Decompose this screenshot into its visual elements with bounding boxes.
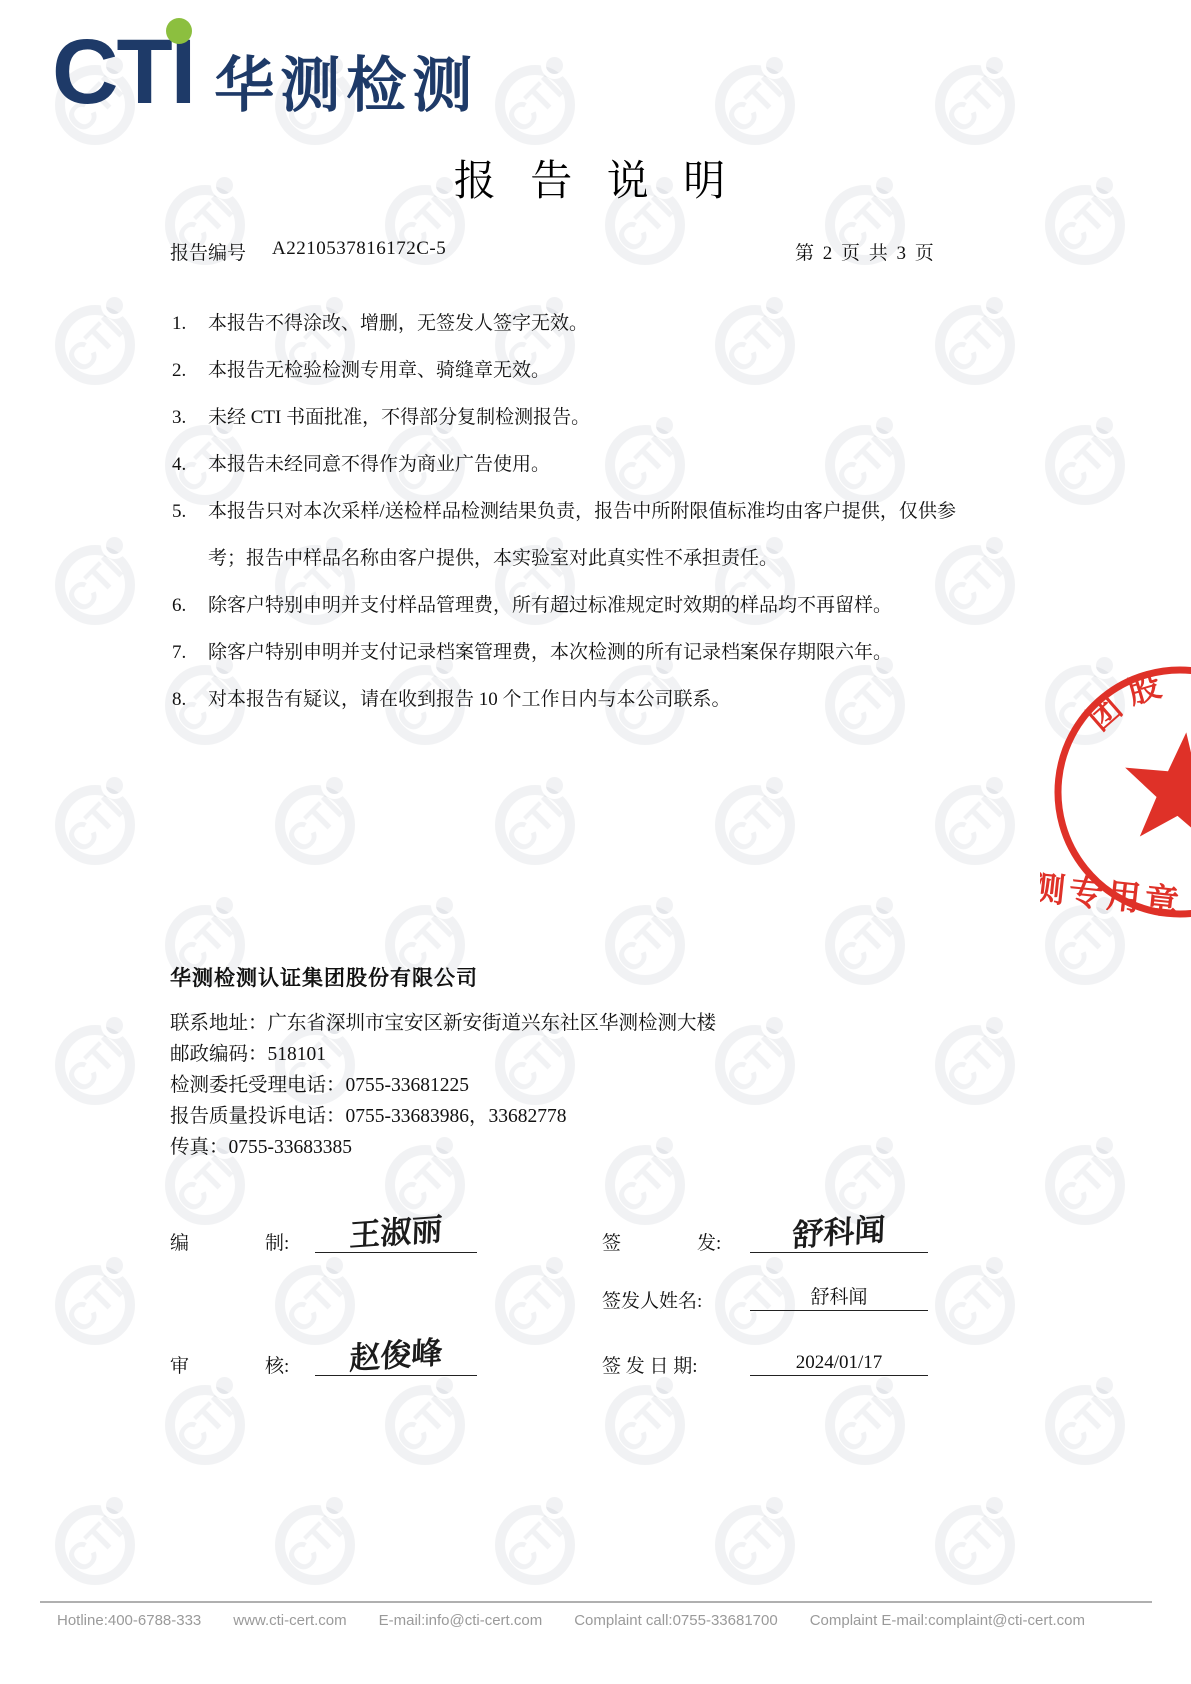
note-text: 本报告未经同意不得作为商业广告使用。 bbox=[208, 454, 550, 475]
company-service-phone: 检测委托受理电话：0755-33681225 bbox=[170, 1070, 870, 1101]
cti-watermark-icon: CTI bbox=[705, 775, 805, 875]
cti-watermark-icon: CTI bbox=[925, 1495, 1025, 1595]
signoff-section: 编 制: 王淑丽 签 发: 舒科闻 签发人姓名: 舒科闻 审 核: 赵俊峰 签 … bbox=[170, 1190, 970, 1410]
note-text: 除客户特别申明并支付记录档案管理费，本次检测的所有记录档案保存期限六年。 bbox=[208, 642, 892, 663]
note-item: 5. 本报告只对本次采样/送检样品检测结果负责，报告中所附限值标准均由客户提供，… bbox=[170, 488, 956, 582]
cti-logo-latin-prefix: CT bbox=[52, 21, 171, 123]
issue-date-value: 2024/01/17 bbox=[750, 1352, 928, 1374]
cti-watermark-icon: CTI bbox=[265, 775, 365, 875]
page-indicator: 第 2 页 共 3 页 bbox=[795, 238, 936, 265]
note-text: 本报告只对本次采样/送检样品检测结果负责，报告中所附限值标准均由客户提供，仅供参… bbox=[208, 501, 956, 569]
note-item: 2. 本报告无检验检测专用章、骑缝章无效。 bbox=[170, 347, 956, 394]
cti-watermark-icon: CTI bbox=[485, 1495, 585, 1595]
company-block: 华测检测认证集团股份有限公司 联系地址：广东省深圳市宝安区新安街道兴东社区华测检… bbox=[170, 962, 870, 1163]
issued-signature: 舒科闻 bbox=[749, 1201, 928, 1259]
company-complaint-phone: 报告质量投诉电话：0755-33683986，33682778 bbox=[170, 1101, 870, 1132]
prepared-by-label: 编 制: bbox=[170, 1228, 289, 1255]
cti-watermark-icon: CTI bbox=[705, 1495, 805, 1595]
company-seal-stamp: 团股 测专用章 bbox=[1040, 652, 1191, 932]
note-text: 除客户特别申明并支付样品管理费，所有超过标准规定时效期的样品均不再留样。 bbox=[208, 595, 892, 616]
note-text: 本报告不得涂改、增删，无签发人签字无效。 bbox=[208, 313, 588, 334]
note-item: 3. 未经 CTI 书面批准，不得部分复制检测报告。 bbox=[170, 394, 956, 441]
note-item: 8. 对本报告有疑议，请在收到报告 10 个工作日内与本公司联系。 bbox=[170, 676, 956, 723]
note-number: 5. bbox=[172, 488, 186, 535]
prepared-signature: 王淑丽 bbox=[314, 1201, 477, 1258]
cti-watermark-icon: CTI bbox=[1035, 415, 1135, 515]
page-title: 报 告 说 明 bbox=[0, 148, 1191, 208]
cti-watermark-icon: CTI bbox=[485, 775, 585, 875]
cti-watermark-icon: CTI bbox=[45, 295, 145, 395]
note-item: 4. 本报告未经同意不得作为商业广告使用。 bbox=[170, 441, 956, 488]
company-name: 华测检测认证集团股份有限公司 bbox=[170, 962, 870, 992]
issue-date-line: 2024/01/17 bbox=[750, 1349, 928, 1376]
footer-website: www.cti-cert.com bbox=[233, 1612, 346, 1629]
note-number: 1. bbox=[172, 300, 186, 347]
company-postcode: 邮政编码：518101 bbox=[170, 1039, 870, 1070]
cti-watermark-icon: CTI bbox=[485, 55, 585, 155]
cti-watermark-icon: CTI bbox=[45, 1015, 145, 1115]
cti-watermark-icon: CTI bbox=[1035, 1135, 1135, 1235]
reviewed-by-label: 审 核: bbox=[170, 1351, 289, 1378]
cti-watermark-icon: CTI bbox=[705, 55, 805, 155]
issuer-name-value: 舒科闻 bbox=[750, 1282, 928, 1309]
stamp-arc-text: 团股 bbox=[1078, 656, 1178, 744]
stamp-star-icon bbox=[1118, 726, 1191, 846]
issuer-name-label: 签发人姓名: bbox=[602, 1286, 702, 1313]
cti-watermark-icon: CTI bbox=[265, 1495, 365, 1595]
notes-list: 1. 本报告不得涂改、增删，无签发人签字无效。 2. 本报告无检验检测专用章、骑… bbox=[170, 300, 956, 723]
footer-email: E-mail:info@cti-cert.com bbox=[379, 1612, 543, 1629]
cti-watermark-icon: CTI bbox=[1035, 1375, 1135, 1475]
note-number: 7. bbox=[172, 629, 186, 676]
note-number: 2. bbox=[172, 347, 186, 394]
report-number-label: 报告编号 bbox=[170, 238, 246, 265]
note-text: 未经 CTI 书面批准，不得部分复制检测报告。 bbox=[208, 407, 590, 428]
cti-watermark-icon: CTI bbox=[45, 775, 145, 875]
cti-watermark-icon: CTI bbox=[45, 1495, 145, 1595]
company-address: 联系地址：广东省深圳市宝安区新安街道兴东社区华测检测大楼 bbox=[170, 1008, 870, 1039]
cti-logo: CTI 华测检测 bbox=[52, 26, 478, 118]
report-page: CTICTICTICTICTICTICTICTICTICTICTICTICTIC… bbox=[0, 0, 1191, 1684]
prepared-signature-line: 王淑丽 bbox=[315, 1226, 477, 1253]
note-number: 4. bbox=[172, 441, 186, 488]
footer-complaint-call: Complaint call:0755-33681700 bbox=[574, 1612, 777, 1629]
footer-complaint-email: Complaint E-mail:complaint@cti-cert.com bbox=[810, 1612, 1085, 1629]
cti-watermark-icon: CTI bbox=[45, 535, 145, 635]
cti-watermark-icon: CTI bbox=[925, 55, 1025, 155]
report-number-value: A2210537816172C-5 bbox=[272, 238, 446, 260]
issued-signature-line: 舒科闻 bbox=[750, 1226, 928, 1253]
report-meta-row: 报告编号 A2210537816172C-5 第 2 页 共 3 页 bbox=[0, 238, 1191, 268]
note-number: 6. bbox=[172, 582, 186, 629]
cti-watermark-icon: CTI bbox=[925, 775, 1025, 875]
reviewed-signature-line: 赵俊峰 bbox=[315, 1349, 477, 1376]
cti-watermark-icon: CTI bbox=[925, 1015, 1025, 1115]
note-text: 本报告无检验检测专用章、骑缝章无效。 bbox=[208, 360, 550, 381]
note-number: 8. bbox=[172, 676, 186, 723]
footer-divider bbox=[40, 1601, 1152, 1603]
reviewed-signature: 赵俊峰 bbox=[314, 1324, 477, 1381]
issued-by-label: 签 发: bbox=[602, 1228, 721, 1255]
footer-contact-bar: Hotline:400-6788-333 www.cti-cert.com E-… bbox=[57, 1612, 1157, 1629]
note-text: 对本报告有疑议，请在收到报告 10 个工作日内与本公司联系。 bbox=[208, 689, 731, 710]
cti-logo-chinese: 华测检测 bbox=[214, 56, 478, 116]
note-item: 1. 本报告不得涂改、增删，无签发人签字无效。 bbox=[170, 300, 956, 347]
cti-logo-latin: CTI bbox=[52, 26, 194, 118]
issue-date-label: 签 发 日 期: bbox=[602, 1351, 698, 1378]
cti-watermark-icon: CTI bbox=[45, 1255, 145, 1355]
stamp-bottom-text: 测专用章 bbox=[1040, 868, 1184, 923]
svg-text:团股: 团股 bbox=[1078, 656, 1178, 744]
note-item: 7. 除客户特别申明并支付记录档案管理费，本次检测的所有记录档案保存期限六年。 bbox=[170, 629, 956, 676]
company-fax: 传真：0755-33683385 bbox=[170, 1132, 870, 1163]
footer-hotline: Hotline:400-6788-333 bbox=[57, 1612, 201, 1629]
note-item: 6. 除客户特别申明并支付样品管理费，所有超过标准规定时效期的样品均不再留样。 bbox=[170, 582, 956, 629]
issuer-name-line: 舒科闻 bbox=[750, 1284, 928, 1311]
note-number: 3. bbox=[172, 394, 186, 441]
